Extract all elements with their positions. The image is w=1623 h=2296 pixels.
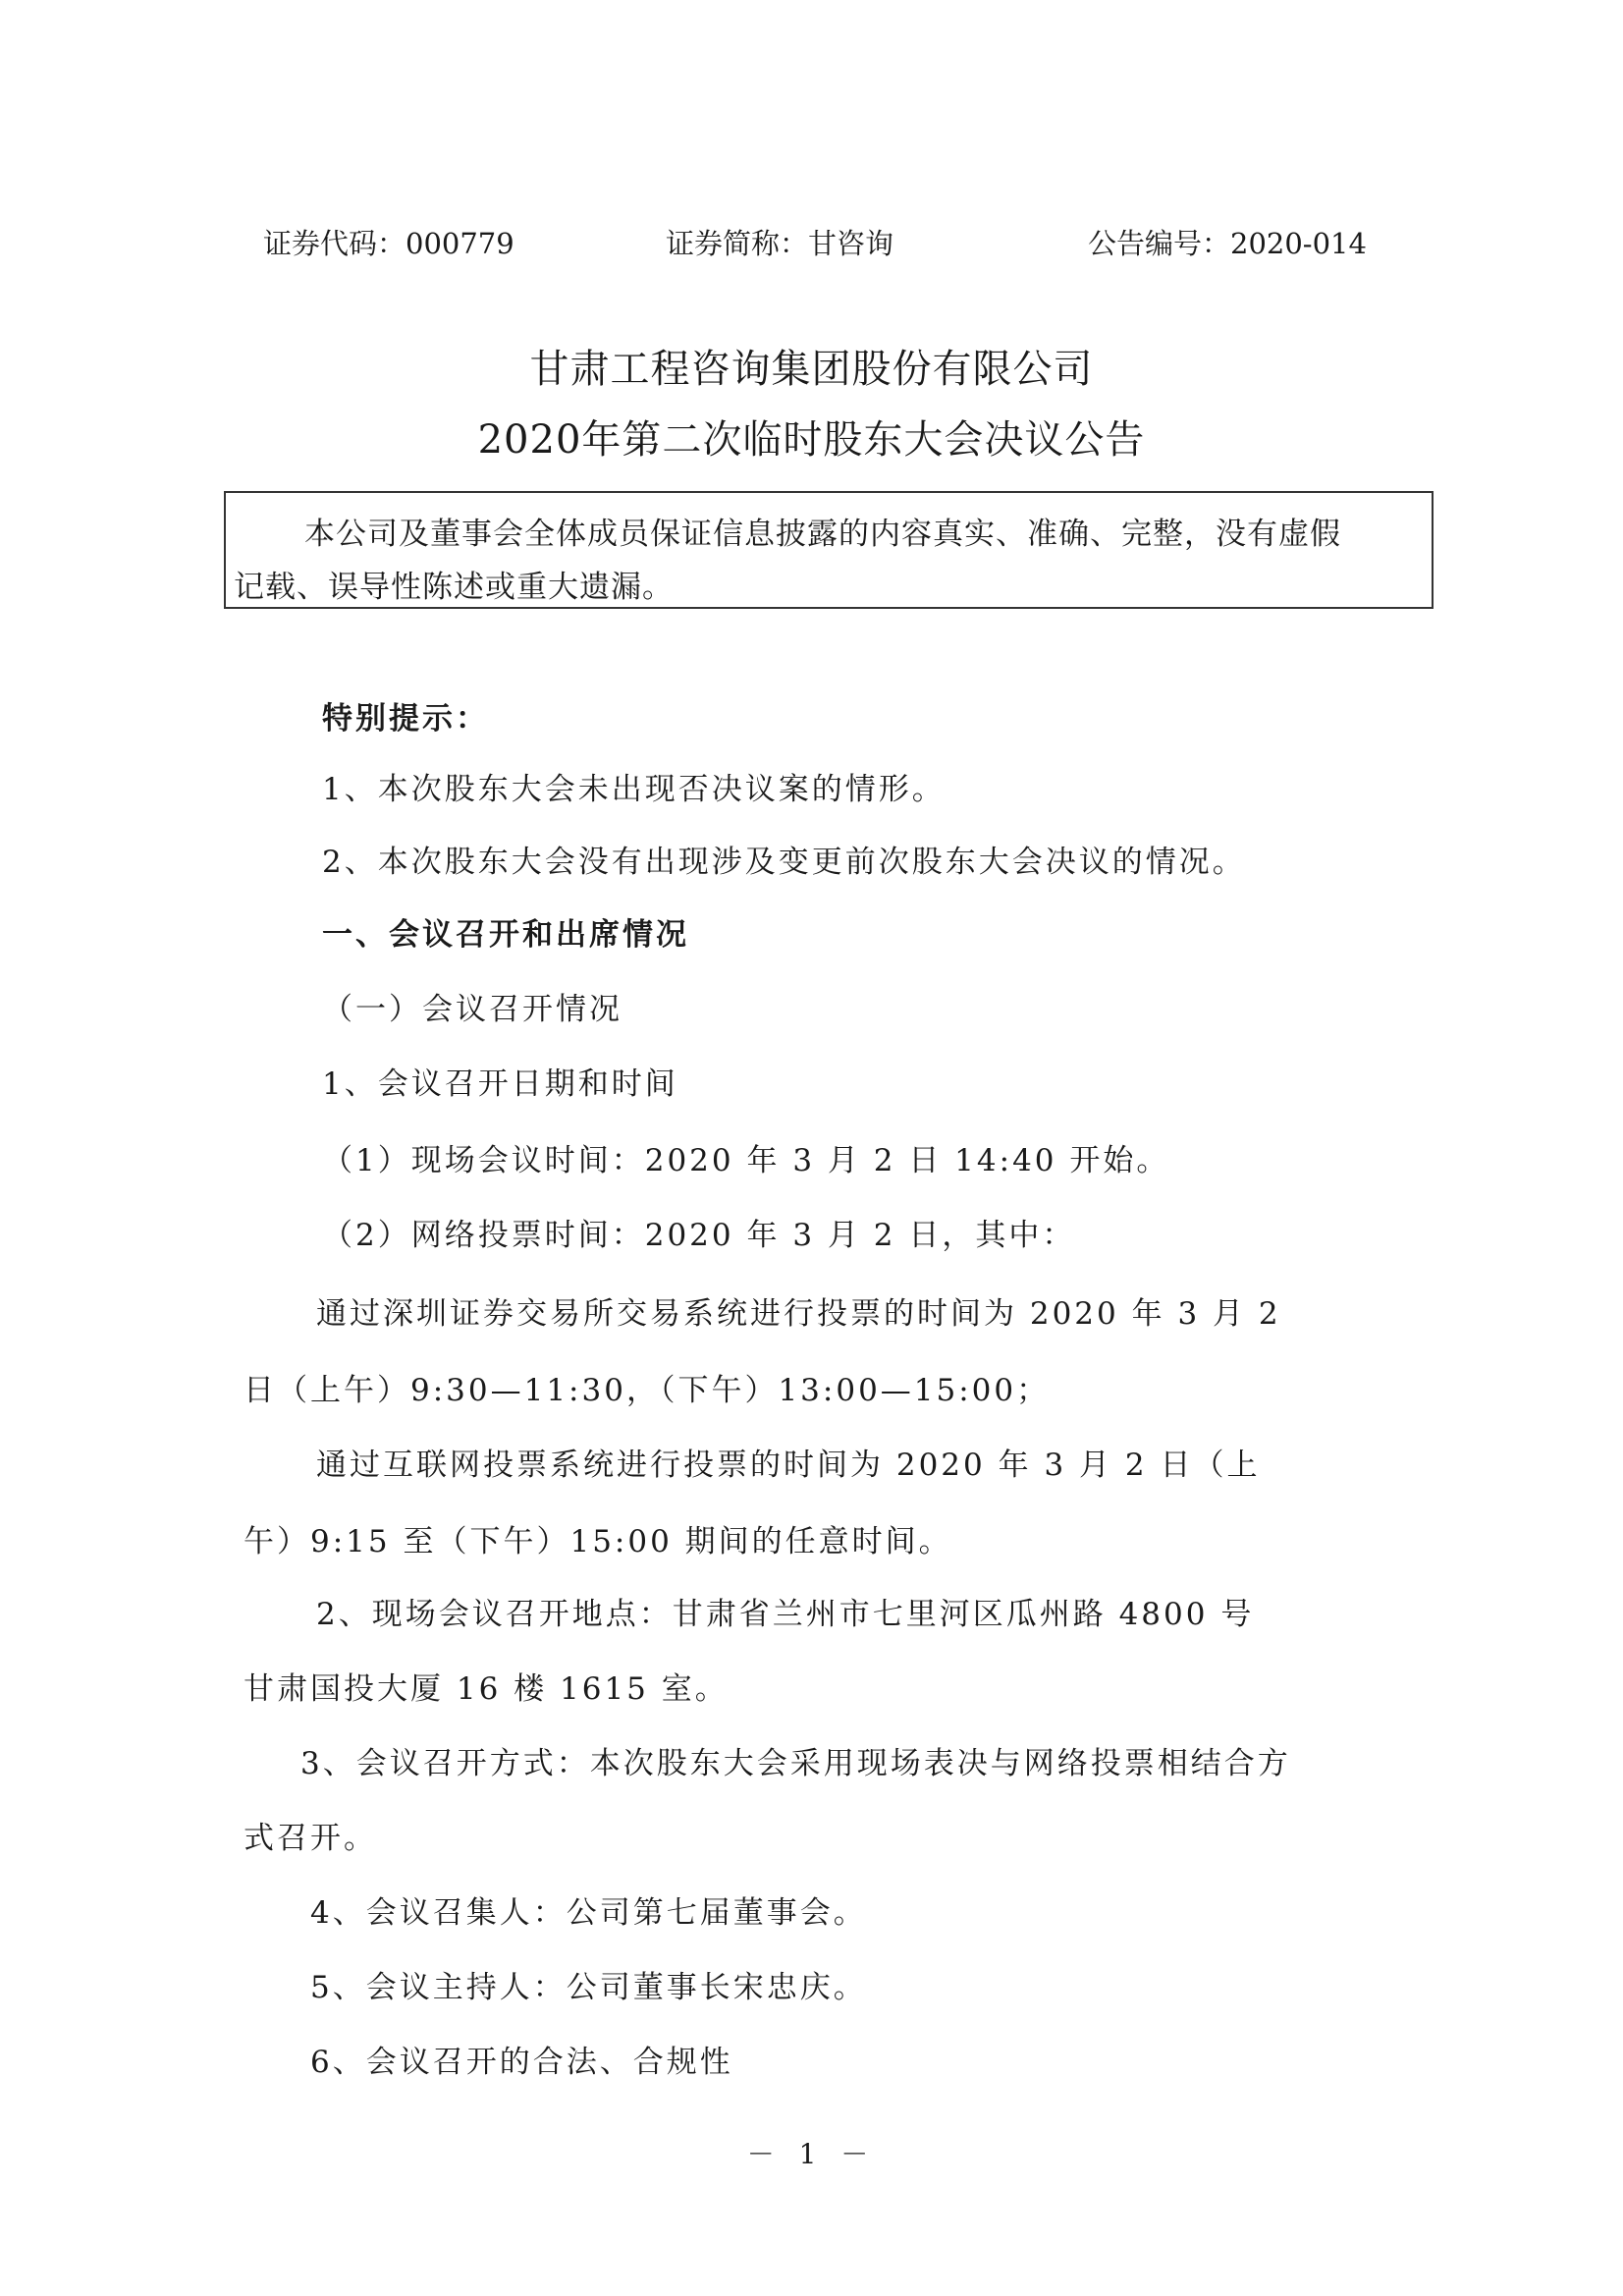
announcement-header: 证券代码：000779 证券简称：甘咨询 公告编号：2020-014 bbox=[0, 222, 1623, 261]
special-tip-item: 2、本次股东大会没有出现涉及变更前次股东大会决议的情况。 bbox=[322, 837, 1246, 881]
paragraph: 3、会议召开方式：本次股东大会采用现场表决与网络投票相结合方 bbox=[300, 1738, 1291, 1782]
paragraph: 式召开。 bbox=[243, 1813, 377, 1857]
announcement-number: 公告编号：2020-014 bbox=[1088, 222, 1367, 262]
disclosure-statement-line: 本公司及董事会全体成员保证信息披露的内容真实、准确、完整，没有虚假 bbox=[304, 509, 1341, 553]
paragraph: 1、会议召开日期和时间 bbox=[322, 1059, 678, 1103]
company-name-title: 甘肃工程咨询集团股份有限公司 bbox=[0, 338, 1623, 394]
announcement-title: 2020年第二次临时股东大会决议公告 bbox=[0, 409, 1623, 465]
paragraph: 日（上午）9:30—11:30，（下午）13:00—15:00； bbox=[243, 1365, 1050, 1409]
security-abbreviation: 证券简称：甘咨询 bbox=[666, 222, 893, 262]
paragraph: 6、会议召开的合法、合规性 bbox=[310, 2037, 733, 2081]
paragraph: 2、现场会议召开地点：甘肃省兰州市七里河区瓜州路 4800 号 bbox=[316, 1589, 1254, 1633]
paragraph: 4、会议召集人：公司第七届董事会。 bbox=[310, 1887, 867, 1932]
paragraph: （1）现场会议时间：2020 年 3 月 2 日 14:40 开始。 bbox=[322, 1135, 1169, 1179]
subsection-heading: （一）会议召开情况 bbox=[322, 984, 622, 1028]
security-code: 证券代码：000779 bbox=[263, 222, 514, 262]
paragraph: 通过互联网投票系统进行投票的时间为 2020 年 3 月 2 日（上 bbox=[316, 1440, 1260, 1484]
paragraph: 5、会议主持人：公司董事长宋忠庆。 bbox=[310, 1962, 867, 2006]
paragraph: 午）9:15 至（下午）15:00 期间的任意时间。 bbox=[243, 1516, 952, 1560]
paragraph: （2）网络投票时间：2020 年 3 月 2 日，其中： bbox=[322, 1210, 1075, 1254]
disclosure-statement-box: 本公司及董事会全体成员保证信息披露的内容真实、准确、完整，没有虚假 记载、误导性… bbox=[224, 491, 1434, 609]
special-tip-heading: 特别提示： bbox=[322, 693, 489, 738]
page-number: － 1 － bbox=[0, 2133, 1623, 2172]
disclosure-statement-line: 记载、误导性陈述或重大遗漏。 bbox=[234, 562, 674, 606]
paragraph: 甘肃国投大厦 16 楼 1615 室。 bbox=[243, 1664, 729, 1708]
paragraph: 通过深圳证券交易所交易系统进行投票的时间为 2020 年 3 月 2 bbox=[316, 1288, 1281, 1333]
section-heading: 一、会议召开和出席情况 bbox=[322, 909, 689, 954]
special-tip-item: 1、本次股东大会未出现否决议案的情形。 bbox=[322, 764, 946, 808]
